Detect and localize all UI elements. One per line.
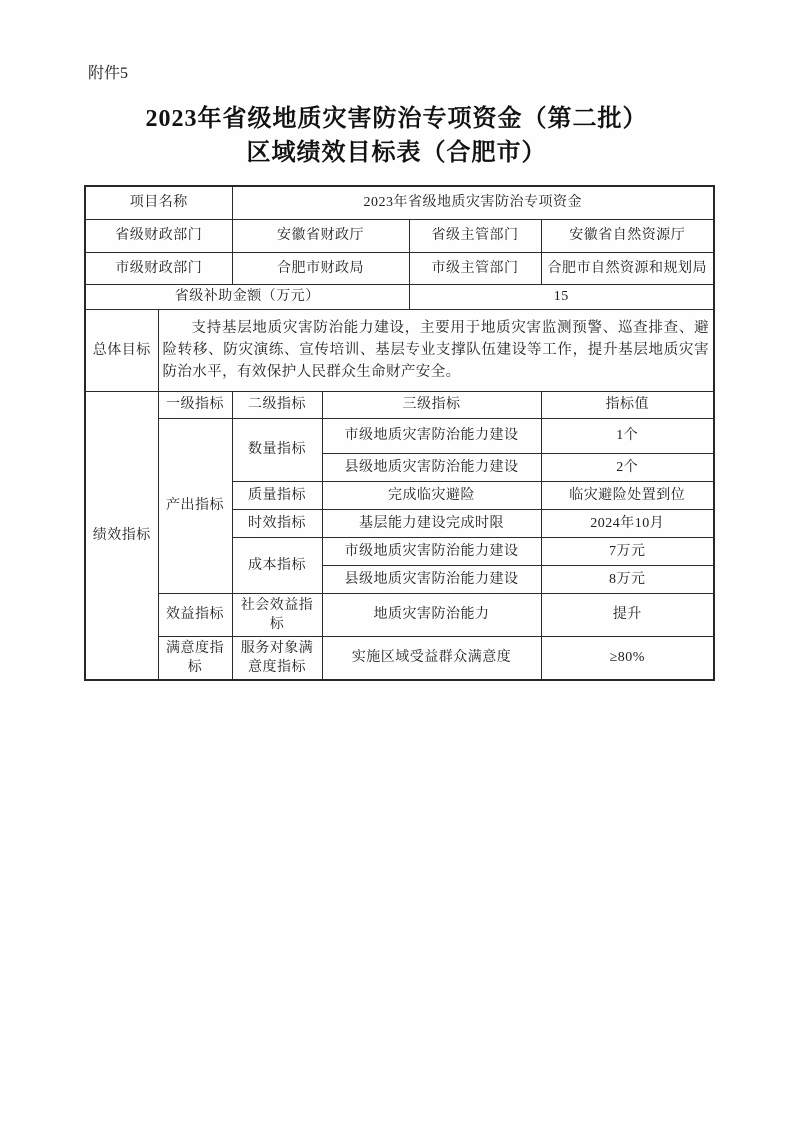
page-title-line-1: 2023年省级地质灾害防治专项资金（第二批） <box>0 102 793 136</box>
indicator-level3: 市级地质灾害防治能力建设 <box>322 418 541 453</box>
indicator-level2-quality: 质量指标 <box>232 481 322 509</box>
overall-goal-text: 支持基层地质灾害防治能力建设，主要用于地质灾害监测预警、巡查排查、避险转移、防灾… <box>163 317 710 383</box>
indicators-section-label: 绩效指标 <box>85 391 158 680</box>
indicator-level3: 实施区域受益群众满意度 <box>322 636 541 680</box>
subsidy-amount-value: 15 <box>409 284 714 309</box>
provincial-finance-label: 省级财政部门 <box>85 219 232 252</box>
indicator-level3: 完成临灾避险 <box>322 481 541 509</box>
municipal-authority-value: 合肥市自然资源和规划局 <box>541 252 714 284</box>
table-row: 市级财政部门 合肥市财政局 市级主管部门 合肥市自然资源和规划局 <box>85 252 714 284</box>
indicator-level3: 市级地质灾害防治能力建设 <box>322 537 541 565</box>
overall-goal-label: 总体目标 <box>85 309 158 391</box>
indicator-level1-output: 产出指标 <box>158 418 232 593</box>
attachment-label: 附件5 <box>88 63 128 85</box>
project-name-label: 项目名称 <box>85 186 232 219</box>
indicators-header-level2: 二级指标 <box>232 391 322 418</box>
indicator-value: 1个 <box>541 418 714 453</box>
provincial-finance-value: 安徽省财政厅 <box>232 219 409 252</box>
indicator-level2-quantity: 数量指标 <box>232 418 322 481</box>
page-title: 2023年省级地质灾害防治专项资金（第二批） 区域绩效目标表（合肥市） <box>0 102 793 170</box>
indicator-level1-satisfaction: 满意度指标 <box>158 636 232 680</box>
indicator-value: 提升 <box>541 593 714 636</box>
indicator-level2-timeliness: 时效指标 <box>232 509 322 537</box>
indicator-value: 2024年10月 <box>541 509 714 537</box>
indicator-level2-social-benefit: 社会效益指标 <box>232 593 322 636</box>
municipal-authority-label: 市级主管部门 <box>409 252 541 284</box>
table-row: 项目名称 2023年省级地质灾害防治专项资金 <box>85 186 714 219</box>
table-row: 效益指标 社会效益指标 地质灾害防治能力 提升 <box>85 593 714 636</box>
subsidy-amount-label: 省级补助金额（万元） <box>85 284 409 309</box>
indicator-level2-cost: 成本指标 <box>232 537 322 593</box>
indicator-level3: 县级地质灾害防治能力建设 <box>322 565 541 593</box>
indicator-level2-service-satisfaction: 服务对象满意度指标 <box>232 636 322 680</box>
project-name-value: 2023年省级地质灾害防治专项资金 <box>232 186 714 219</box>
document-page: 附件5 2023年省级地质灾害防治专项资金（第二批） 区域绩效目标表（合肥市） … <box>0 0 793 1122</box>
provincial-authority-value: 安徽省自然资源厅 <box>541 219 714 252</box>
indicator-level1-benefit: 效益指标 <box>158 593 232 636</box>
municipal-finance-value: 合肥市财政局 <box>232 252 409 284</box>
performance-target-table: 项目名称 2023年省级地质灾害防治专项资金 省级财政部门 安徽省财政厅 省级主… <box>84 185 715 681</box>
indicator-value: 7万元 <box>541 537 714 565</box>
indicator-value: 8万元 <box>541 565 714 593</box>
indicator-value: 临灾避险处置到位 <box>541 481 714 509</box>
indicator-level3: 基层能力建设完成时限 <box>322 509 541 537</box>
indicators-header-level1: 一级指标 <box>158 391 232 418</box>
table-row: 省级财政部门 安徽省财政厅 省级主管部门 安徽省自然资源厅 <box>85 219 714 252</box>
table-row: 满意度指标 服务对象满意度指标 实施区域受益群众满意度 ≥80% <box>85 636 714 680</box>
overall-goal-cell: 支持基层地质灾害防治能力建设，主要用于地质灾害监测预警、巡查排查、避险转移、防灾… <box>158 309 714 391</box>
indicator-value: 2个 <box>541 453 714 481</box>
indicators-header-level3: 三级指标 <box>322 391 541 418</box>
table-row: 省级补助金额（万元） 15 <box>85 284 714 309</box>
indicator-value: ≥80% <box>541 636 714 680</box>
indicator-level3: 县级地质灾害防治能力建设 <box>322 453 541 481</box>
indicator-level3: 地质灾害防治能力 <box>322 593 541 636</box>
table-row: 总体目标 支持基层地质灾害防治能力建设，主要用于地质灾害监测预警、巡查排查、避险… <box>85 309 714 391</box>
table-row: 绩效指标 一级指标 二级指标 三级指标 指标值 <box>85 391 714 418</box>
provincial-authority-label: 省级主管部门 <box>409 219 541 252</box>
page-title-line-2: 区域绩效目标表（合肥市） <box>0 136 793 170</box>
municipal-finance-label: 市级财政部门 <box>85 252 232 284</box>
table-row: 产出指标 数量指标 市级地质灾害防治能力建设 1个 <box>85 418 714 453</box>
indicators-header-value: 指标值 <box>541 391 714 418</box>
